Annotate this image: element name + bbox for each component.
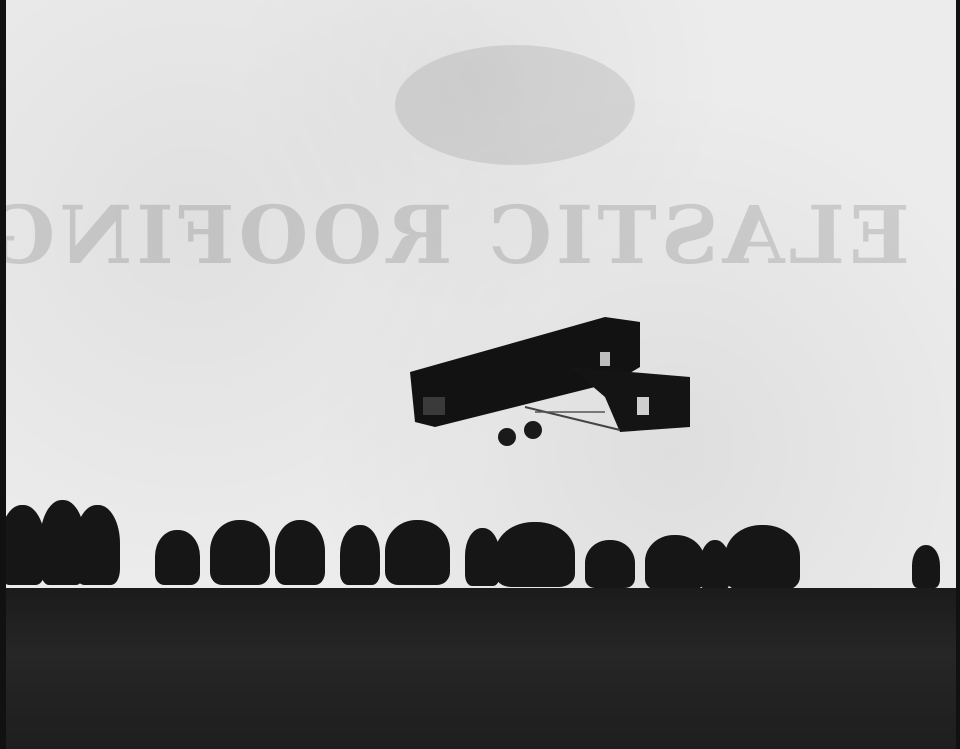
tree	[385, 520, 450, 585]
tree	[495, 522, 575, 587]
tree	[340, 525, 380, 585]
left-border	[0, 0, 6, 749]
photo-scene: ELASTIC ROOFING	[0, 0, 960, 749]
tree	[645, 535, 705, 590]
right-border	[956, 0, 960, 749]
show-through-headline: ELASTIC ROOFING	[90, 188, 910, 282]
tree	[585, 540, 635, 588]
field	[0, 588, 960, 749]
tree	[75, 505, 120, 585]
tree	[725, 525, 800, 590]
show-through-emblem	[395, 45, 635, 165]
tree	[155, 530, 200, 585]
tree	[0, 505, 45, 585]
tree	[210, 520, 270, 585]
tree	[275, 520, 325, 585]
tree	[912, 545, 940, 588]
biplane	[405, 312, 695, 452]
